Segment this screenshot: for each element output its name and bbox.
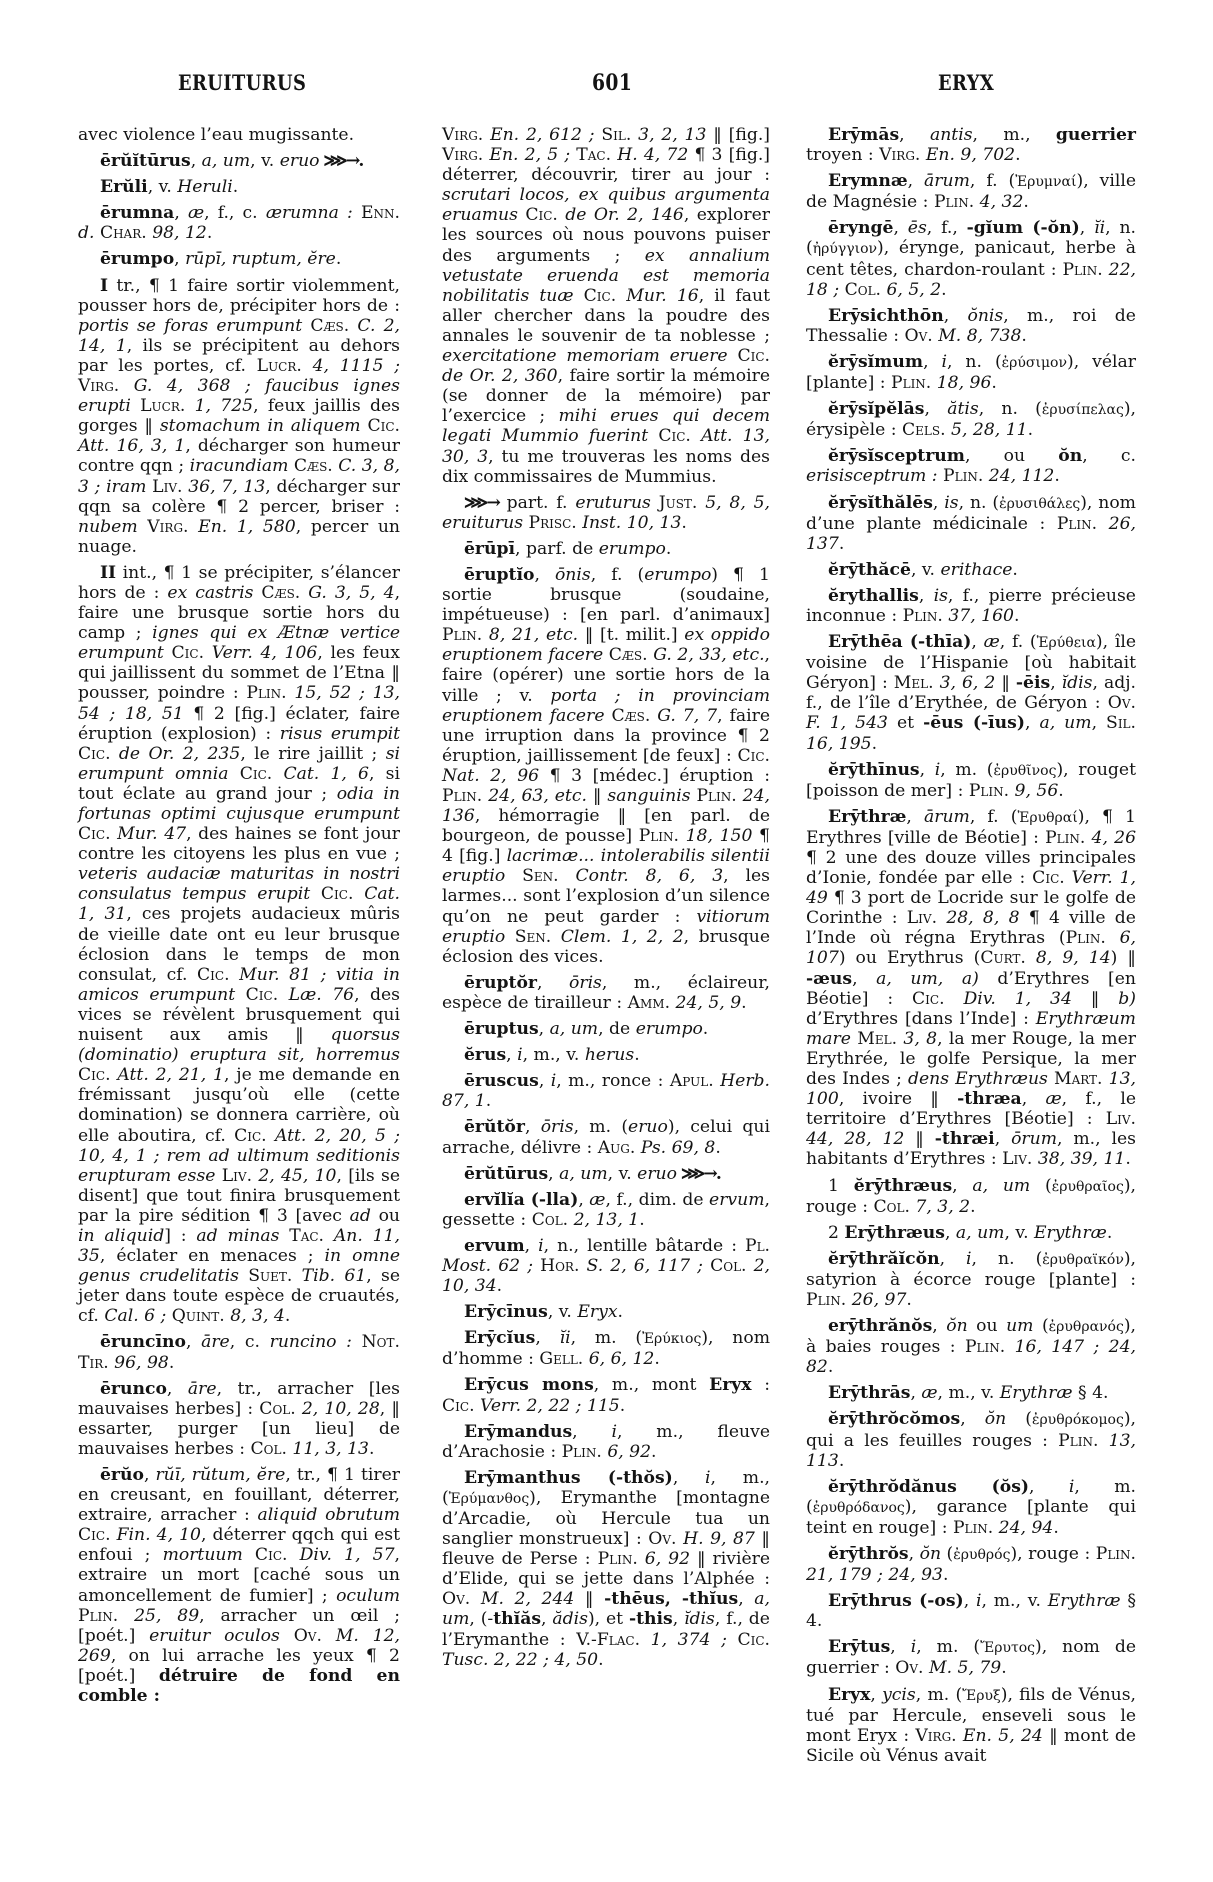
entry-text: 24, 94 xyxy=(999,1518,1054,1538)
greek-etymon: ἐρυθῖνος xyxy=(994,763,1057,779)
author-abbrev: Ov. xyxy=(904,326,932,346)
entry-text: ŏn xyxy=(985,1409,1006,1429)
entry-text xyxy=(302,356,313,376)
entry-text: a, um xyxy=(559,1164,608,1184)
author-abbrev: Plin. xyxy=(639,826,679,846)
greek-etymon: ἐρυθραῖος xyxy=(1052,1179,1124,1195)
entry-text: , xyxy=(186,1332,201,1352)
entry-text: æ xyxy=(984,632,1000,652)
dictionary-entry: Erȳmandus, i, m., fleuve d’Arachosie : P… xyxy=(442,1422,770,1462)
entry-text: ervum xyxy=(709,1190,764,1210)
dictionary-entry: Erȳcīnus, v. Eryx. xyxy=(442,1302,770,1322)
entry-text: H. 9, 87 xyxy=(683,1529,755,1549)
dictionary-entry: ēruptus, a, um, de erumpo. xyxy=(442,1019,770,1039)
greek-etymon: ἠρύγγιον xyxy=(813,241,877,257)
author-abbrev: Liv. xyxy=(152,477,182,497)
dictionary-entry: ĕrȳthrŏdănus (ŏs), i, m. (ἐρυθρόδανος), … xyxy=(806,1477,1136,1538)
author-abbrev: Sen. xyxy=(515,927,552,947)
author-abbrev: Virg. xyxy=(879,145,920,165)
author-abbrev: Cic. xyxy=(321,884,354,904)
headword: ĕrȳthrŏs xyxy=(828,1544,909,1564)
headword: ervĭlĭa (-lla) xyxy=(464,1190,578,1210)
entry-text: 5, 28, 11 xyxy=(951,420,1028,440)
dictionary-entry: avec violence l’eau mugissante. xyxy=(78,125,400,145)
entry-text: , xyxy=(906,807,924,827)
headword: ervum xyxy=(464,1236,525,1256)
author-abbrev: Liv. xyxy=(222,1166,252,1186)
author-abbrev: Virg. xyxy=(915,1726,956,1746)
author-abbrev: Cic. xyxy=(78,744,111,764)
entry-text: En. 2, 612 ; xyxy=(490,125,595,145)
entry-text xyxy=(131,396,140,416)
author-abbrev: Enn. xyxy=(361,203,400,223)
entry-text: Clem. 1, 2, 2 xyxy=(561,927,684,947)
entry-text: , f. ( xyxy=(591,565,644,585)
dictionary-entry: ĕrȳsĭsceptrum, ou ŏn, c. erisisceptrum :… xyxy=(806,446,1136,486)
entry-text: ( xyxy=(941,1544,953,1564)
dictionary-entry: Erŭli, v. Heruli. xyxy=(78,177,400,197)
dictionary-entry: Virg. En. 2, 612 ; Sil. 3, 2, 13 ‖ [fig.… xyxy=(442,125,770,487)
entry-text xyxy=(1026,948,1036,968)
author-abbrev: Mel. xyxy=(894,673,934,693)
entry-text: , xyxy=(952,1176,972,1196)
author-abbrev: Cic. xyxy=(246,985,279,1005)
entry-text: 96, 98 xyxy=(114,1353,169,1373)
entry-text xyxy=(1065,868,1072,888)
entry-text: oculum xyxy=(336,1586,400,1606)
entry-text: runcino : xyxy=(270,1332,352,1352)
dictionary-entry: ĕrȳthrŏcŏmos, ŏn (ἐρυθρόκομος), qui a le… xyxy=(806,1409,1136,1470)
entry-text xyxy=(279,1226,289,1246)
entry-text: 18, 96 xyxy=(937,373,992,393)
entry-text: portis se foras erumpunt xyxy=(78,316,302,336)
entry-text: ] : xyxy=(164,1226,196,1246)
entry-text: is xyxy=(934,586,948,606)
entry-text: erumpo xyxy=(599,539,666,559)
entry-text xyxy=(352,1332,362,1352)
entry-text: . xyxy=(839,534,844,554)
entry-text: , f. ( xyxy=(970,171,1015,191)
entry-text: , xyxy=(1080,218,1094,238)
headword: Erȳmās xyxy=(828,125,899,145)
dictionary-entry: ĕrȳsĭpĕlās, ătis, n. (ἐρυσίπελας), érysi… xyxy=(806,399,1136,440)
entry-text: , xyxy=(944,306,968,326)
entry-text: a, um xyxy=(202,151,251,171)
entry-text: ou xyxy=(968,1316,1006,1336)
entry-text: , xyxy=(920,760,935,780)
entry-text: Most. 62 ; xyxy=(442,1256,533,1276)
entry-text: En. 9, 702 xyxy=(926,145,1015,165)
headword: Erȳtus xyxy=(828,1637,890,1657)
entry-text: , xyxy=(534,565,555,585)
entry-text xyxy=(235,985,246,1005)
author-abbrev: Plin. xyxy=(1045,828,1085,848)
entry-text: āre xyxy=(188,1379,217,1399)
entry-text: Heruli xyxy=(177,177,232,197)
headword: Erȳmandus xyxy=(464,1422,572,1442)
entry-text: , xyxy=(971,632,983,652)
author-abbrev: Cic. xyxy=(737,1630,770,1650)
entry-text: Nat. 2, 96 xyxy=(442,766,539,786)
entry-text: Verr. 4, 106 xyxy=(212,643,318,663)
author-abbrev: Cic. xyxy=(912,989,945,1009)
author-abbrev: Plin. xyxy=(442,786,482,806)
author-abbrev: Mel. xyxy=(857,1029,897,1049)
dictionary-entry: ĕrȳsĭmum, i, n. (ἐρύσιμον), vélar [plant… xyxy=(806,352,1136,393)
entry-text: ¶ 3 [médec.] éruption : xyxy=(539,766,770,786)
greek-etymon: ἐρυθρός xyxy=(953,1547,1010,1563)
entry-text: , v. xyxy=(608,1164,638,1184)
author-abbrev: Just. xyxy=(659,493,698,513)
entry-text: S. 2, 6, 117 ; xyxy=(587,1256,703,1276)
headword: ĕrus xyxy=(464,1045,506,1065)
cross-ref-arrow-icon: ⋙→. xyxy=(320,151,363,171)
entry-text: , c. xyxy=(230,1332,270,1352)
entry-text: , xyxy=(924,399,947,419)
entry-text xyxy=(239,1266,248,1286)
entry-text: ōris xyxy=(569,973,602,993)
entry-text xyxy=(703,1256,710,1276)
entry-text: 9, 56 xyxy=(1015,781,1059,801)
entry-text: risus erumpit xyxy=(280,724,400,744)
author-abbrev: Plin. xyxy=(806,1290,846,1310)
page-header: ERUITURUS 601 ERYX xyxy=(0,70,1213,110)
entry-text: , éclater en menaces ; xyxy=(100,1246,325,1266)
entry-text: 4, 26 xyxy=(1092,828,1136,848)
dictionary-entry: erȳthrănŏs, ŏn ou um (ἐρυθρανός), à baie… xyxy=(806,1316,1136,1377)
author-abbrev: Plin. xyxy=(78,1606,118,1626)
entry-text: , m. ( xyxy=(574,1117,628,1137)
entry-text: a, um xyxy=(972,1176,1030,1196)
entry-text: ĭi xyxy=(1094,218,1105,238)
dictionary-entry: ērŭĭtūrus, a, um, v. eruo ⋙→. xyxy=(78,151,400,171)
entry-text: . xyxy=(1012,560,1017,580)
entry-text: , xyxy=(852,969,876,989)
entry-text: , xyxy=(945,1223,956,1243)
headword: -thēus, -thĭus xyxy=(604,1589,738,1609)
entry-text: æ xyxy=(921,1383,937,1403)
greek-etymon: Ἐρυμναί xyxy=(1015,174,1076,190)
author-abbrev: Plin. xyxy=(562,1442,602,1462)
cross-ref-arrow-icon: ⋙→. xyxy=(677,1164,720,1184)
entry-text: 2, 45, 10 xyxy=(258,1166,336,1186)
author-abbrev: Ov. xyxy=(294,1626,322,1646)
greek-etymon: ἐρύσιμον xyxy=(1002,355,1067,371)
author-abbrev: Sil. xyxy=(1106,713,1136,733)
dictionary-entry: ēruptŏr, ōris, m., éclaireur, espèce de … xyxy=(442,973,770,1013)
entry-text: . xyxy=(1028,420,1033,440)
entry-text: Tusc. 2, 22 ; 4, 50 xyxy=(442,1650,598,1670)
entry-text: . xyxy=(1021,326,1026,346)
greek-etymon: Ἐρύμανθος xyxy=(449,1491,529,1507)
author-abbrev: Plin. xyxy=(246,683,286,703)
entry-text xyxy=(1106,928,1120,948)
author-abbrev: Cic. xyxy=(234,1126,267,1146)
entry-text: ), et xyxy=(588,1609,629,1629)
entry-text: 2 xyxy=(828,1223,844,1243)
author-abbrev: Plin. xyxy=(442,625,482,645)
entry-text: 24, 5, 9 xyxy=(676,993,742,1013)
entry-text: ) ou Erythrus ( xyxy=(839,948,981,968)
entry-text xyxy=(579,1256,586,1276)
author-abbrev: Sen. xyxy=(522,866,559,886)
entry-text: , tu me trouveras les noms des dix commi… xyxy=(442,447,770,487)
entry-text: , f. ( xyxy=(970,807,1018,827)
author-abbrev: Cic. xyxy=(78,1525,111,1545)
dictionary-entry: ērŭtūrus, a, um, v. eruo ⋙→. xyxy=(442,1164,770,1184)
author-abbrev: Cæs. xyxy=(294,456,333,476)
entry-text: En. 2, 5 ; xyxy=(489,145,570,165)
entry-text: ‖ xyxy=(587,786,607,806)
entry-text xyxy=(119,376,133,396)
entry-text: ærumna : xyxy=(266,203,353,223)
entry-text: a, um xyxy=(550,1019,599,1039)
entry-text: ŏnis xyxy=(967,306,1003,326)
entry-text: 26, 97 xyxy=(852,1290,907,1310)
entry-text xyxy=(267,1126,275,1146)
entry-text: 16, 195 xyxy=(806,734,872,754)
entry-text xyxy=(118,1606,134,1626)
entry-text: , f. ( xyxy=(1000,632,1037,652)
entry-text: Tib. 61 xyxy=(302,1266,367,1286)
entry-text: erithace xyxy=(940,560,1012,580)
entry-text: . xyxy=(906,1290,911,1310)
entry-text: . xyxy=(1107,1223,1112,1243)
entry-text: a, um xyxy=(1039,713,1091,733)
entry-text: ŏn xyxy=(920,1544,941,1564)
headword: ĕrȳsĭthălēs xyxy=(828,493,933,513)
entry-text: . xyxy=(970,1197,975,1217)
author-abbrev: Cic. xyxy=(240,764,273,784)
entry-text: eruo xyxy=(628,1117,668,1137)
dictionary-entry: ĕrȳsĭthălēs, is, n. (ἐρυσιθάλες), nom d’… xyxy=(806,493,1136,554)
entry-text: . xyxy=(1015,145,1020,165)
entry-text: troyen : xyxy=(806,145,879,165)
entry-text: ōrum xyxy=(1011,1129,1057,1149)
entry-text: 2, 13, 1 xyxy=(574,1210,640,1230)
headword: ērŭtŏr xyxy=(464,1117,525,1137)
entry-text: , xyxy=(893,218,907,238)
entry-text: de Or. 2, 146 xyxy=(565,205,684,225)
entry-text: 1, 374 ; xyxy=(651,1630,727,1650)
entry-text: , xyxy=(535,1328,559,1348)
entry-text: 3, 8 xyxy=(903,1029,937,1049)
entry-text: ad xyxy=(350,1206,371,1226)
entry-text: § 4. xyxy=(1073,1383,1109,1403)
author-abbrev: Sil. xyxy=(601,125,631,145)
entry-text: , xyxy=(525,1236,538,1256)
entry-text: F. 1, 543 xyxy=(806,713,888,733)
greek-etymon: ἐρυθραϊκόν xyxy=(1042,1252,1124,1268)
entry-text: , v. xyxy=(1004,1223,1034,1243)
entry-text: Mur. 47 xyxy=(117,824,186,844)
dictionary-entry: Eryx, ycis, m. (Ἔρυξ), fils de Vénus, tu… xyxy=(806,1685,1136,1766)
entry-text: ădis xyxy=(552,1609,588,1629)
entry-text: antis xyxy=(930,125,973,145)
headword: ēryngē xyxy=(828,218,893,238)
entry-text: ătis xyxy=(947,399,978,419)
headword: ĕrȳthrăĭcŏn xyxy=(828,1249,940,1269)
entry-text: eruturus xyxy=(575,493,651,513)
entry-text: . xyxy=(486,1091,491,1111)
headword: -this xyxy=(629,1609,673,1629)
headword: ēruscus xyxy=(464,1071,539,1091)
entry-text: b) xyxy=(1118,989,1136,1009)
author-abbrev: Cæs. xyxy=(261,583,300,603)
dictionary-entry: ēruptĭo, ōnis, f. (erumpo) ¶ 1 sortie br… xyxy=(442,565,770,967)
dictionary-column-3: Erȳmās, antis, m., guerrier troyen : Vir… xyxy=(806,125,1136,1772)
entry-text: , xyxy=(1050,673,1061,693)
entry-text: , v. xyxy=(911,560,941,580)
entry-text: G. 7, 7 xyxy=(657,706,717,726)
entry-text: , f., dim. de xyxy=(605,1190,709,1210)
headword: guerrier xyxy=(1056,125,1136,145)
entry-text: , xyxy=(919,586,934,606)
entry-text: Erythræ xyxy=(1034,1223,1107,1243)
entry-text: , xyxy=(572,1422,611,1442)
greek-etymon: ἐρυθρανός xyxy=(1049,1319,1124,1335)
entry-text: rūpī, ruptum, ĕre xyxy=(185,249,336,269)
dictionary-entry: ĕrȳthrŏs, ŏn (ἐρυθρός), rouge : Plin. 21… xyxy=(806,1544,1136,1585)
entry-text: . xyxy=(336,249,341,269)
dictionary-entry: Erȳthrus (-os), i, m., v. Erythræ § 4. xyxy=(806,1591,1136,1631)
author-abbrev: Virg. xyxy=(78,376,119,396)
entry-text: Cal. 6 ; xyxy=(104,1306,166,1326)
dictionary-entry: ĕrȳthrăĭcŏn, i, n. (ἐρυθραϊκόν), satyrio… xyxy=(806,1249,1136,1310)
entry-text: de Or. 2, 360 xyxy=(442,366,558,386)
entry-text xyxy=(111,744,119,764)
greek-etymon: ἐρυθρόδανος xyxy=(813,1500,905,1516)
author-abbrev: V.-Flac. xyxy=(576,1630,640,1650)
entry-text: , xyxy=(738,1589,754,1609)
greek-etymon: Ἔρυξ xyxy=(962,1688,1001,1704)
entry-text: . xyxy=(715,1138,720,1158)
dictionary-entry: ērūpī, parf. de erumpo. xyxy=(442,539,770,559)
entry-text xyxy=(616,286,626,306)
entry-text: Div. 1, 57 xyxy=(300,1545,395,1565)
dictionary-entry: ĕrȳthăcē, v. erithace. xyxy=(806,560,1136,580)
entry-text: Erythræ xyxy=(1048,1591,1121,1611)
entry-text xyxy=(324,1226,334,1246)
author-abbrev: Plin. xyxy=(891,373,931,393)
entry-text: , m., v. xyxy=(981,1591,1047,1611)
entry-text: , xyxy=(910,1383,921,1403)
headword: Erȳmanthus (-thŏs) xyxy=(464,1468,673,1488)
entry-text: . xyxy=(639,1210,644,1230)
entry-text: 21, 179 ; 24, 93 xyxy=(806,1565,943,1585)
author-abbrev: Plin. xyxy=(943,466,983,486)
entry-text: , m. ( xyxy=(571,1328,643,1348)
author-abbrev: Ov. xyxy=(442,1589,470,1609)
entry-text: 36, 7, 13 xyxy=(188,477,265,497)
page-number: 601 xyxy=(592,70,632,96)
entry-text: , m., v. xyxy=(523,1045,585,1065)
entry-text xyxy=(272,764,283,784)
dictionary-entry: ēryngē, ēs, f., -gĭum (-ŏn), ĭi, n. (ἠρύ… xyxy=(806,218,1136,299)
headword: ĕrȳthrŏdănus (ŏs) xyxy=(828,1477,1029,1497)
entry-text: 3, 6, 2 xyxy=(940,673,996,693)
dictionary-column-2: Virg. En. 2, 612 ; Sil. 3, 2, 13 ‖ [fig.… xyxy=(442,125,770,1676)
entry-text: de Or. 2, 235 xyxy=(119,744,240,764)
author-abbrev: Mart. xyxy=(1054,1069,1103,1089)
entry-text: , n. ( xyxy=(972,1249,1043,1269)
entry-text: , (- xyxy=(469,1609,493,1629)
entry-text: ( xyxy=(1006,1409,1032,1429)
headword: Erȳthrus (-os) xyxy=(828,1591,964,1611)
dictionary-entry: ērumpo, rūpī, ruptum, ĕre. xyxy=(78,249,400,269)
entry-text: , xyxy=(167,1379,188,1399)
entry-text: Verr. 2, 22 ; 115 xyxy=(480,1396,620,1416)
author-abbrev: Col. xyxy=(710,1256,746,1276)
entry-text: , xyxy=(964,1591,976,1611)
entry-text: . xyxy=(872,734,877,754)
dictionary-entry: ēruscus, i, m., ronce : Apul. Herb. 87, … xyxy=(442,1071,770,1111)
entry-text: 2, 10, 28 xyxy=(302,1399,380,1419)
headword: I xyxy=(100,276,108,296)
entry-text: , xyxy=(909,1544,920,1564)
author-abbrev: Cic. xyxy=(584,286,617,306)
entry-text: . xyxy=(991,373,996,393)
headword: ĕrȳsĭpĕlās xyxy=(828,399,924,419)
entry-text xyxy=(322,1626,336,1646)
entry-text: , v. xyxy=(548,1302,578,1322)
headword: ŏn xyxy=(1058,446,1082,466)
dictionary-entry: ervĭlĭa (-lla), æ, f., dim. de ervum, ge… xyxy=(442,1190,770,1230)
entry-text: eruitur oculos xyxy=(149,1626,280,1646)
entry-text: , xyxy=(539,1019,550,1039)
entry-text: ) ‖ xyxy=(1111,948,1136,968)
entry-text: eruo xyxy=(280,151,320,171)
headword: ērūpī xyxy=(464,539,515,559)
entry-text: avec violence l’eau mugissante. xyxy=(78,125,354,145)
entry-text: 6, 92 xyxy=(645,1549,690,1569)
entry-text: a, um, a) xyxy=(876,969,979,989)
author-abbrev: Plin. xyxy=(969,781,1009,801)
author-abbrev: Tac. xyxy=(289,1226,324,1246)
greek-etymon: ἐρυσίπελας xyxy=(1042,402,1124,418)
entry-text: . xyxy=(618,1302,623,1322)
entry-text: erumpo xyxy=(636,1019,703,1039)
entry-text xyxy=(1005,1337,1014,1357)
entry-text: nubem xyxy=(78,517,138,537)
entry-text: . xyxy=(169,1353,174,1373)
entry-text: , xyxy=(908,171,924,191)
entry-text: , n. ( xyxy=(959,493,999,513)
entry-text: ĭdis xyxy=(1062,673,1093,693)
author-abbrev: Tac. xyxy=(576,145,611,165)
author-abbrev: Cic. xyxy=(197,965,230,985)
dictionary-entry: Erȳthræ, ārum, f. (Ἐρυθραί), ¶ 1 Erythre… xyxy=(806,807,1136,1170)
entry-text: tr., ¶ 1 faire sortir violemment, pousse… xyxy=(78,276,400,316)
entry-text: 18, 150 xyxy=(686,826,753,846)
entry-text: 6, 5, 2 xyxy=(886,280,941,300)
entry-text: erumpo xyxy=(644,565,711,585)
author-abbrev: Plin. xyxy=(1058,1431,1098,1451)
entry-text: , xyxy=(995,1129,1011,1149)
dictionary-entry: Erȳcĭus, ĭi, m. (Ἐρύκιος), nom d’homme :… xyxy=(442,1328,770,1369)
author-abbrev: Virg. xyxy=(442,145,483,165)
entry-text xyxy=(640,1630,651,1650)
entry-text: eruo xyxy=(637,1164,677,1184)
headword: ĕrȳthræus xyxy=(854,1176,952,1196)
entry-text xyxy=(727,1630,738,1650)
entry-text xyxy=(353,884,364,904)
entry-text: , xyxy=(923,352,941,372)
dictionary-entry: Erymnæ, ārum, f. (Ἐρυμναί), ville de Mag… xyxy=(806,171,1136,212)
entry-text: in aliquid xyxy=(78,1226,164,1246)
entry-text: āre xyxy=(201,1332,230,1352)
entry-text xyxy=(204,643,212,663)
